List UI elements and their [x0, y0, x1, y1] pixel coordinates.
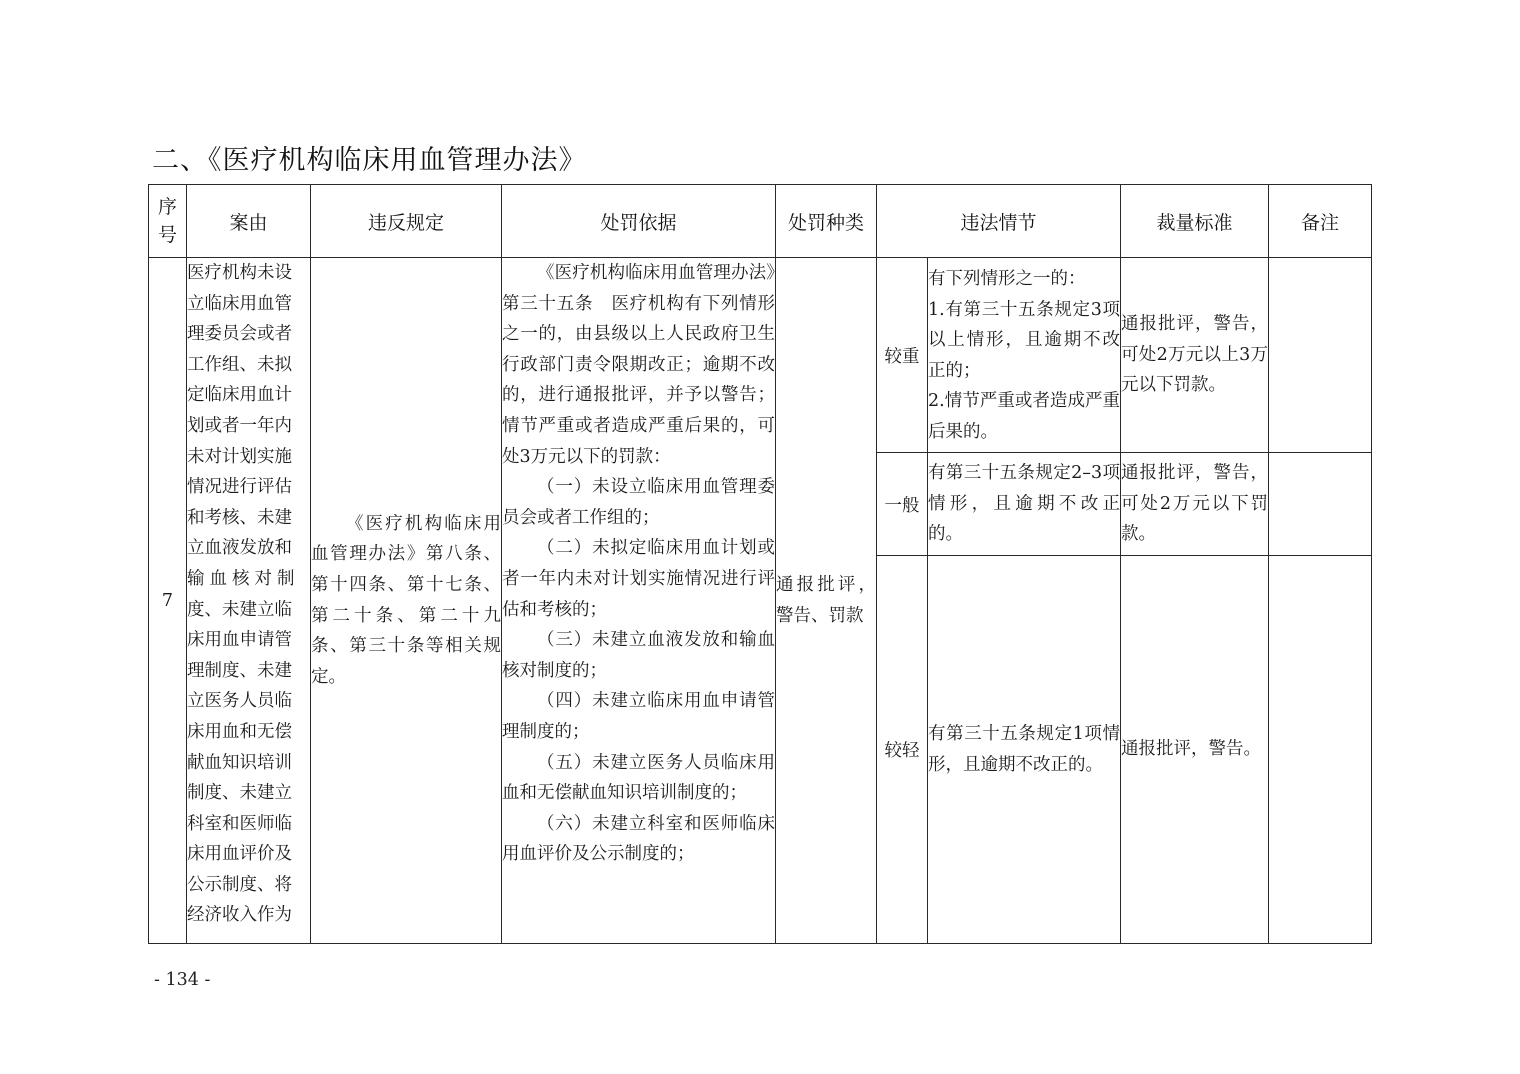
basis-paragraph: （六）未建立科室和医师临床用血评价及公示制度的；: [502, 809, 775, 870]
circumstance-line: 2.情节严重或者造成严重后果的。: [928, 386, 1120, 447]
basis-paragraph: （五）未建立医务人员临床用血和无偿献血知识培训制度的；: [502, 748, 775, 809]
case-line: 立临床用血管: [187, 289, 310, 320]
case-line: 划或者一年内: [187, 411, 310, 442]
case-line: 理制度、未建: [187, 656, 310, 687]
case-line: 床用血评价及: [187, 839, 310, 870]
page-number: - 134 -: [154, 970, 210, 990]
page-title: 二、《医疗机构临床用血管理办法》: [152, 138, 587, 177]
header-standard: 裁量标准: [1121, 185, 1269, 258]
tier-level-normal: 一般: [877, 453, 928, 556]
header-seq-line-1: 序: [158, 196, 177, 218]
tier-remark-light: [1269, 556, 1372, 944]
case-lines: 医疗机构未设立临床用血管理委员会或者工作组、未拟定临床用血计划或者一年内未对计划…: [187, 258, 310, 931]
tier-standard-normal: 通报批评，警告，可处2万元以下罚款。: [1121, 453, 1269, 556]
case-line: 公示制度、将: [187, 870, 310, 901]
header-case: 案由: [187, 185, 311, 258]
basis-paragraph: （三）未建立血液发放和输血核对制度的；: [502, 625, 775, 686]
basis-paragraph: 《医疗机构临床用血管理办法》第三十五条 医疗机构有下列情形之一的，由县级以上人民…: [502, 258, 775, 472]
case-line: 床用血申请管: [187, 625, 310, 656]
case-line: 工作组、未拟: [187, 350, 310, 381]
tier-standard-heavy: 通报批评，警告，可处2万元以上3万元以下罚款。: [1121, 258, 1269, 453]
case-line: 理委员会或者: [187, 319, 310, 350]
header-basis: 处罚依据: [502, 185, 776, 258]
circumstance-line: 1.有第三十五条规定3项以上情形，且逾期不改正的；: [928, 295, 1120, 387]
case-line: 医疗机构未设: [187, 258, 310, 289]
tier-circumstance-light: 有第三十五条规定1项情形，且逾期不改正的。: [928, 556, 1121, 944]
penalty-standards-table: 序号 案由 违反规定 处罚依据 处罚种类 违法情节 裁量标准 备注 7 医疗机构…: [148, 184, 1372, 944]
case-line: 定临床用血计: [187, 380, 310, 411]
case-line: 床用血和无偿: [187, 717, 310, 748]
case-line: 立血液发放和: [187, 533, 310, 564]
basis-paragraph: （一）未设立临床用血管理委员会或者工作组的；: [502, 472, 775, 533]
case-line: 和考核、未建: [187, 503, 310, 534]
tier-remark-heavy: [1269, 258, 1372, 453]
tier-remark-normal: [1269, 453, 1372, 556]
basis-paragraph: （四）未建立临床用血申请管理制度的；: [502, 686, 775, 747]
tier-level-heavy: 较重: [877, 258, 928, 453]
case-line: 经济收入作为: [187, 900, 310, 931]
case-line: 情况进行评估: [187, 472, 310, 503]
header-seq-line-2: 号: [158, 224, 177, 246]
circumstance-line: 有下列情形之一的：: [928, 264, 1120, 295]
penalty-basis: 《医疗机构临床用血管理办法》第三十五条 医疗机构有下列情形之一的，由县级以上人民…: [502, 258, 776, 944]
table-row-tier-heavy: 7 医疗机构未设立临床用血管理委员会或者工作组、未拟定临床用血计划或者一年内未对…: [149, 258, 1372, 453]
case-line: 度、未建立临: [187, 595, 310, 626]
case-line: 输血核对制: [187, 564, 310, 595]
header-remark: 备注: [1269, 185, 1372, 258]
case-line: 制度、未建立: [187, 778, 310, 809]
basis-paragraph: （二）未拟定临床用血计划或者一年内未对计划实施情况进行评估和考核的；: [502, 533, 775, 625]
row-seq-number: 7: [149, 258, 187, 944]
tier-standard-light: 通报批评，警告。: [1121, 556, 1269, 944]
header-type: 处罚种类: [776, 185, 877, 258]
case-line: 献血知识培训: [187, 748, 310, 779]
header-row: 序号 案由 违反规定 处罚依据 处罚种类 违法情节 裁量标准 备注: [149, 185, 1372, 258]
penalty-type: 通报批评，警告、罚款: [776, 258, 877, 944]
case-description: 医疗机构未设立临床用血管理委员会或者工作组、未拟定临床用血计划或者一年内未对计划…: [187, 258, 311, 944]
case-line: 科室和医师临: [187, 809, 310, 840]
case-line: 立医务人员临: [187, 686, 310, 717]
circumstance-line: 有第三十五条规定1项情形，且逾期不改正的。: [928, 719, 1120, 780]
violated-provisions: 《医疗机构临床用血管理办法》第八条、第十四条、第十七条、第二十条、第二十九条、第…: [311, 258, 502, 944]
header-circumstance: 违法情节: [877, 185, 1121, 258]
circumstance-line: 有第三十五条规定2–3项情形，且逾期不改正的。: [928, 458, 1120, 550]
tier-level-light: 较轻: [877, 556, 928, 944]
tier-circumstance-normal: 有第三十五条规定2–3项情形，且逾期不改正的。: [928, 453, 1121, 556]
case-line: 未对计划实施: [187, 442, 310, 473]
violated-provisions-text: 《医疗机构临床用血管理办法》第八条、第十四条、第十七条、第二十条、第二十九条、第…: [311, 509, 501, 693]
tier-circumstance-heavy: 有下列情形之一的： 1.有第三十五条规定3项以上情形，且逾期不改正的； 2.情节…: [928, 258, 1121, 453]
header-violation: 违反规定: [311, 185, 502, 258]
header-seq: 序号: [149, 185, 187, 258]
